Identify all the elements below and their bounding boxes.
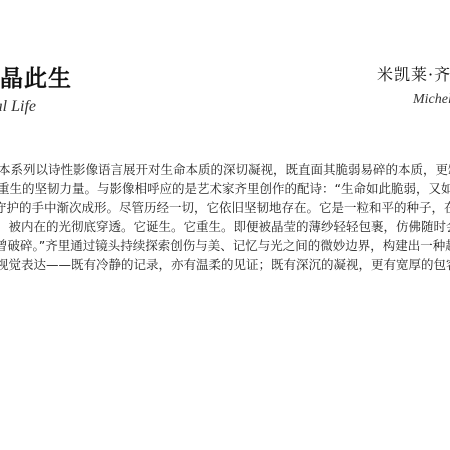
page-subtitle: Crystal Life: [0, 98, 36, 116]
paragraph-line: 视觉表达——既有冷静的记录，亦有温柔的见证；既有深沉的凝视，更有宽厚的包容。: [0, 255, 450, 274]
author-name-en: Michele: [413, 92, 450, 108]
paragraph-line: 重生的坚韧力量。与影像相呼应的是艺术家齐里创作的配诗：“生命如此脆弱，又如此明亮…: [0, 179, 450, 198]
description-paragraph: 本系列以诗性影像语言展开对生命本质的深切凝视，既直面其脆弱易碎的本质，更颂赞其在…: [0, 160, 450, 274]
paragraph-line: ，被内在的光彻底穿透。它诞生。它重生。即便被晶莹的薄纱轻轻包裹，仿佛随时会碎裂，…: [0, 217, 450, 236]
author-name-cn: 米凯莱·齐: [377, 62, 450, 85]
page-title: 莹晶此生: [0, 60, 72, 93]
paragraph-line: 曾破碎。”齐里通过镜头持续探索创伤与美、记忆与光之间的微妙边界，构建出一种超越纯…: [0, 236, 450, 255]
paragraph-line: 守护的手中渐次成形。尽管历经一切，它依旧坚韧地存在。它是一粒和平的种子，在寂静中…: [0, 198, 450, 217]
paragraph-line: 本系列以诗性影像语言展开对生命本质的深切凝视，既直面其脆弱易碎的本质，更颂赞其在…: [0, 160, 450, 179]
